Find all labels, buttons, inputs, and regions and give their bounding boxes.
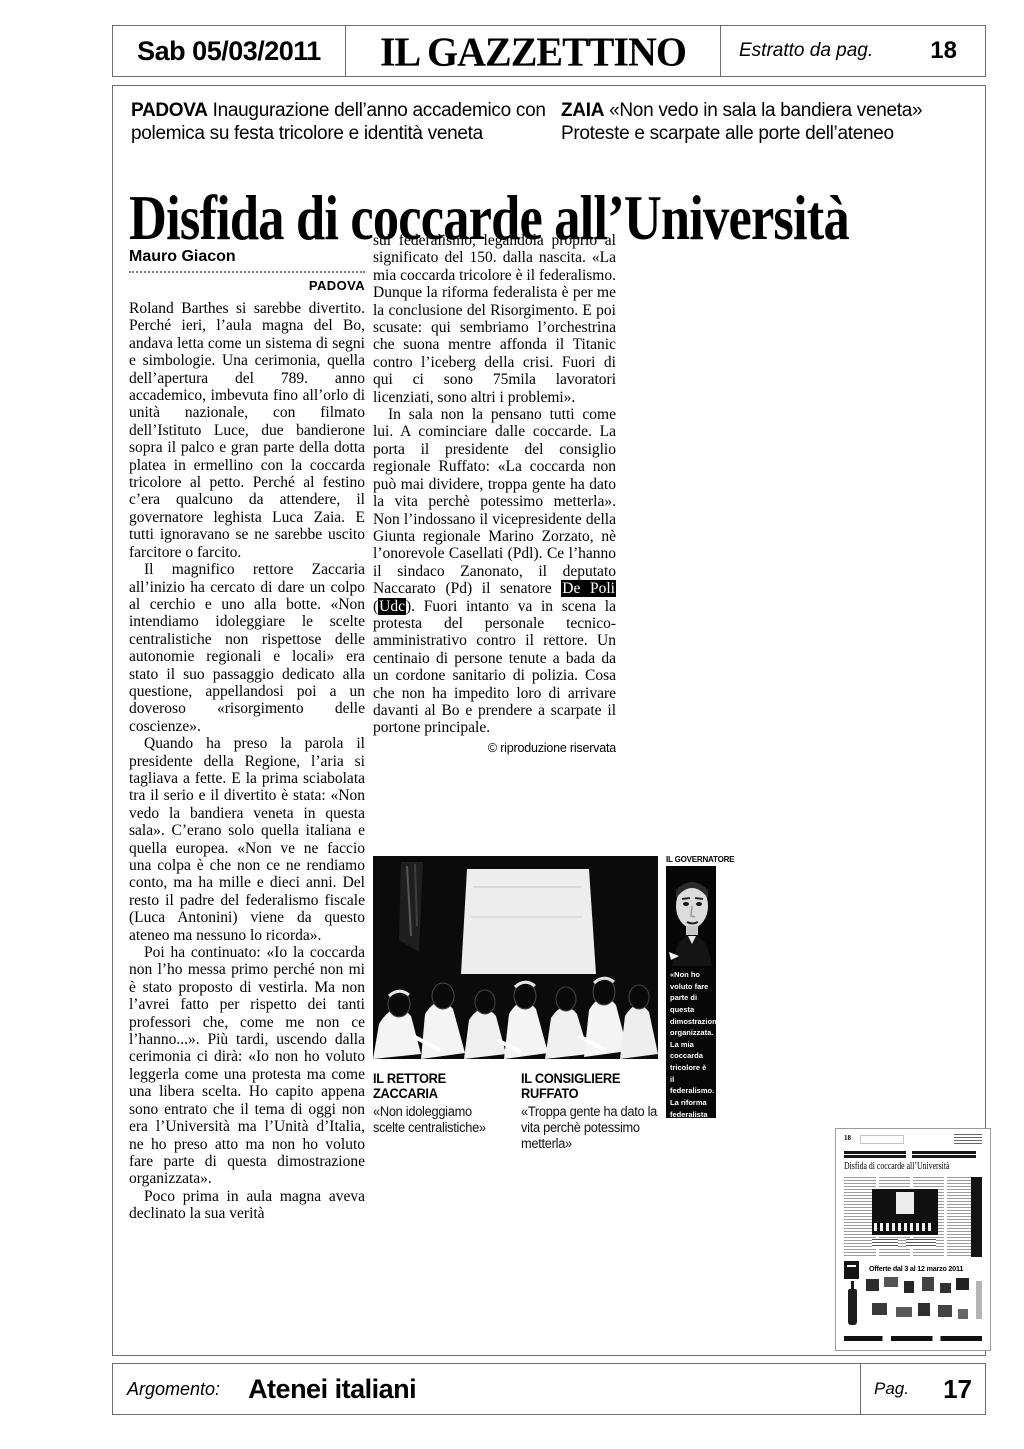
standfirst-left-lead: PADOVA — [131, 100, 208, 121]
governor-label: IL GOVERNATORE — [666, 855, 726, 864]
thumbnail-ad-product — [884, 1277, 898, 1287]
thumbnail-header-blob — [954, 1134, 982, 1144]
article-frame: PADOVA Inaugurazione dell’anno accademic… — [112, 85, 986, 1356]
thumbnail-ad-product — [922, 1277, 934, 1291]
excerpt-page-number: 18 — [930, 37, 957, 65]
thumbnail-ad-product — [956, 1278, 969, 1290]
page-cell: Pag. 17 — [860, 1364, 985, 1414]
thumbnail-ad-product — [958, 1309, 968, 1319]
thumbnail-caption-block — [906, 1239, 936, 1248]
masthead-cell: IL GAZZETTINO — [346, 26, 720, 76]
byline-block: Mauro Giacon PADOVA — [129, 248, 365, 293]
thumbnail-standfirst-bar — [844, 1151, 906, 1159]
page-number: 17 — [943, 1374, 972, 1405]
thumbnail-standfirst-bar — [912, 1151, 976, 1159]
photo-captions: IL RETTORE ZACCARIA «Non idoleggiamo sce… — [373, 1071, 681, 1152]
thumbnail-ad-product — [940, 1283, 951, 1293]
page-thumbnail: 18 Disfida di coccarde all’Università Of… — [835, 1128, 991, 1351]
highlighted-name: Udc — [378, 598, 406, 615]
paragraph-segment: ). Fuori intanto va in scena la protesta… — [373, 598, 616, 737]
article-paragraph: Quando ha preso la parola il presidente … — [129, 735, 365, 944]
caption-quote: «Non idoleggiamo scelte centralistiche» — [373, 1104, 504, 1136]
article-column-left: Roland Barthes si sarebbe divertito. Per… — [129, 300, 365, 1346]
standfirst-left: PADOVA Inaugurazione dell’anno accademic… — [131, 99, 563, 145]
caption-title: IL CONSIGLIERE RUFFATO — [521, 1071, 673, 1101]
thumbnail-ad-area: Offerte dal 3 al 12 marzo 2011 — [844, 1261, 982, 1341]
clipping-header: Sab 05/03/2011 IL GAZZETTINO Estratto da… — [112, 25, 986, 77]
copyright-notice: © riproduzione riservata — [373, 740, 616, 757]
clipping-date: Sab 05/03/2011 — [137, 36, 321, 67]
thumbnail-caption-block — [872, 1239, 898, 1248]
article-paragraph: Poi ha continuato: «Io la coccarda non l… — [129, 944, 365, 1188]
excerpt-cell: Estratto da pag. 18 — [720, 26, 985, 76]
ceremony-photo — [373, 856, 658, 1059]
topic-value: Atenei italiani — [248, 1374, 416, 1405]
standfirst-right: ZAIA «Non vedo in sala la bandiera venet… — [561, 99, 989, 145]
thumbnail-bottom-bar — [844, 1336, 982, 1341]
article-paragraph: Roland Barthes si sarebbe divertito. Per… — [129, 300, 365, 561]
topic-cell: Argomento: Atenei italiani — [113, 1364, 860, 1414]
dateline: PADOVA — [129, 278, 365, 293]
thumbnail-ad-side-tab — [976, 1281, 982, 1319]
article-paragraph: Poco prima in aula magna aveva declinato… — [129, 1188, 365, 1223]
governor-portrait — [666, 866, 716, 966]
thumbnail-ad-product — [872, 1303, 887, 1315]
standfirst-right-text: «Non vedo in sala la bandiera veneta» Pr… — [561, 100, 922, 144]
topic-label: Argomento: — [127, 1379, 220, 1400]
paragraph-segment: In sala non la pensano tutti come lui. A… — [373, 406, 616, 597]
thumbnail-ad-product — [866, 1279, 879, 1291]
clipping-date-cell: Sab 05/03/2011 — [113, 26, 346, 76]
thumbnail-page-number: 18 — [844, 1134, 851, 1142]
thumbnail-sidebar-strip — [971, 1177, 982, 1257]
thumbnail-ad-product — [896, 1307, 912, 1317]
governor-quote: «Non ho voluto fare parte di questa dimo… — [666, 966, 716, 1170]
thumbnail-column-gap — [944, 1177, 947, 1257]
excerpt-label: Estratto da pag. — [739, 40, 873, 62]
thumbnail-offer-text: Offerte dal 3 al 12 marzo 2011 — [860, 1264, 972, 1273]
masthead-logo: IL GAZZETTINO — [380, 27, 686, 76]
caption-rettore: IL RETTORE ZACCARIA «Non idoleggiamo sce… — [373, 1071, 504, 1152]
thumbnail-ad-product — [918, 1303, 930, 1316]
highlighted-name: De Poli — [561, 580, 616, 597]
ceremony-photo-image — [373, 856, 658, 1059]
article-column-right: sul federalismo, legandola proprio al si… — [373, 232, 616, 892]
caption-quote: «Troppa gente ha dato la vita perchè pot… — [521, 1104, 673, 1152]
caption-title: IL RETTORE ZACCARIA — [373, 1071, 504, 1101]
governor-strip: «Non ho voluto fare parte di questa dimo… — [666, 866, 716, 1118]
thumbnail-ad-logo — [844, 1261, 859, 1279]
thumbnail-header-box — [860, 1135, 904, 1144]
article-paragraph: In sala non la pensano tutti come lui. A… — [373, 406, 616, 737]
thumbnail-photo — [872, 1189, 938, 1235]
press-clipping-page: Sab 05/03/2011 IL GAZZETTINO Estratto da… — [0, 0, 1024, 1449]
standfirst-right-lead: ZAIA — [561, 100, 604, 121]
thumbnail-ad-product — [938, 1305, 952, 1317]
thumbnail-ad-product — [904, 1281, 914, 1293]
article-paragraph: sul federalismo, legandola proprio al si… — [373, 232, 616, 406]
caption-consigliere: IL CONSIGLIERE RUFFATO «Troppa gente ha … — [521, 1071, 673, 1152]
byline-author: Mauro Giacon — [129, 248, 365, 273]
thumbnail-bottle — [848, 1289, 857, 1325]
page-label: Pag. — [874, 1379, 909, 1399]
clipping-footer: Argomento: Atenei italiani Pag. 17 — [112, 1363, 986, 1415]
thumbnail-headline: Disfida di coccarde all’Università — [844, 1161, 949, 1172]
article-paragraph: Il magnifico rettore Zaccaria all’inizio… — [129, 561, 365, 735]
headline-part1: Disfida di — [129, 182, 350, 253]
